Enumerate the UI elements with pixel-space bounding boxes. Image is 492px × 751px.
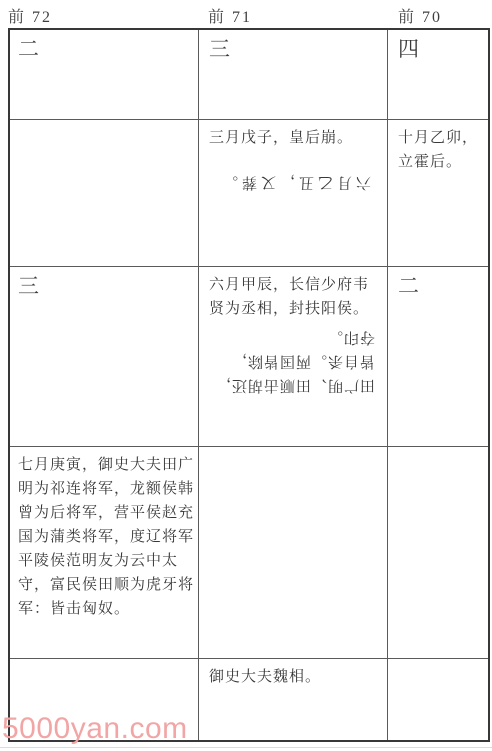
cell-r2c1-empty (10, 120, 199, 267)
event-text-upside-down-misprint: 六月乙丑，又葬。 (219, 170, 371, 194)
regnal-year-number: 四 (398, 36, 486, 62)
event-text: 御史大夫魏相。 (209, 665, 383, 689)
cell-r4c3-empty (388, 447, 488, 659)
regnal-year-number: 二 (18, 36, 194, 62)
cell-r2c2: 三月戊子，皇后崩。 六月乙丑，又葬。 (199, 120, 388, 267)
event-text-upside-down-misprint: 田广明、田顺击胡还， 皆自杀。两国皆除， 夺印。 (209, 325, 375, 397)
cell-r1c3: 四 (388, 30, 488, 120)
scan-edge-line (0, 747, 492, 748)
regnal-year-number: 二 (398, 273, 486, 299)
event-text: 七月庚寅，御史大夫田广 明为祁连将军，龙额侯韩 曾为后将军，营平侯赵充 国为蒲类… (18, 453, 194, 621)
cell-r4c2-empty (199, 447, 388, 659)
year-column-header-70bc: 前 70 (398, 4, 442, 27)
regnal-year-number: 三 (18, 273, 194, 299)
cell-r1c2: 三 (199, 30, 388, 120)
event-text: 六月甲辰，长信少府韦 贤为丞相，封扶阳侯。 (209, 273, 383, 321)
cell-r3c2: 六月甲辰，长信少府韦 贤为丞相，封扶阳侯。 田广明、田顺击胡还， 皆自杀。两国皆… (199, 267, 388, 447)
cell-r4c1: 七月庚寅，御史大夫田广 明为祁连将军，龙额侯韩 曾为后将军，营平侯赵充 国为蒲类… (10, 447, 199, 659)
cell-r3c3: 二 (388, 267, 488, 447)
cell-r1c1: 二 (10, 30, 199, 120)
event-text: 三月戊子，皇后崩。 (209, 126, 383, 150)
scanned-book-page: 前 72 前 71 前 70 二 三 四 三月戊子，皇后崩。 六月乙丑，又葬。 … (0, 0, 492, 751)
cell-r5c3-empty (388, 659, 488, 740)
year-column-header-72bc: 前 72 (8, 4, 52, 27)
cell-r3c1: 三 (10, 267, 199, 447)
event-text: 十月乙卯， 立霍后。 (398, 126, 486, 174)
site-watermark: 5000yan.com (2, 712, 188, 746)
regnal-year-number: 三 (209, 36, 383, 62)
chronology-table: 二 三 四 三月戊子，皇后崩。 六月乙丑，又葬。 十月乙卯， 立霍后。 三 六月… (8, 28, 490, 742)
cell-r2c3: 十月乙卯， 立霍后。 (388, 120, 488, 267)
cell-r5c2: 御史大夫魏相。 (199, 659, 388, 740)
year-column-header-71bc: 前 71 (208, 4, 252, 27)
